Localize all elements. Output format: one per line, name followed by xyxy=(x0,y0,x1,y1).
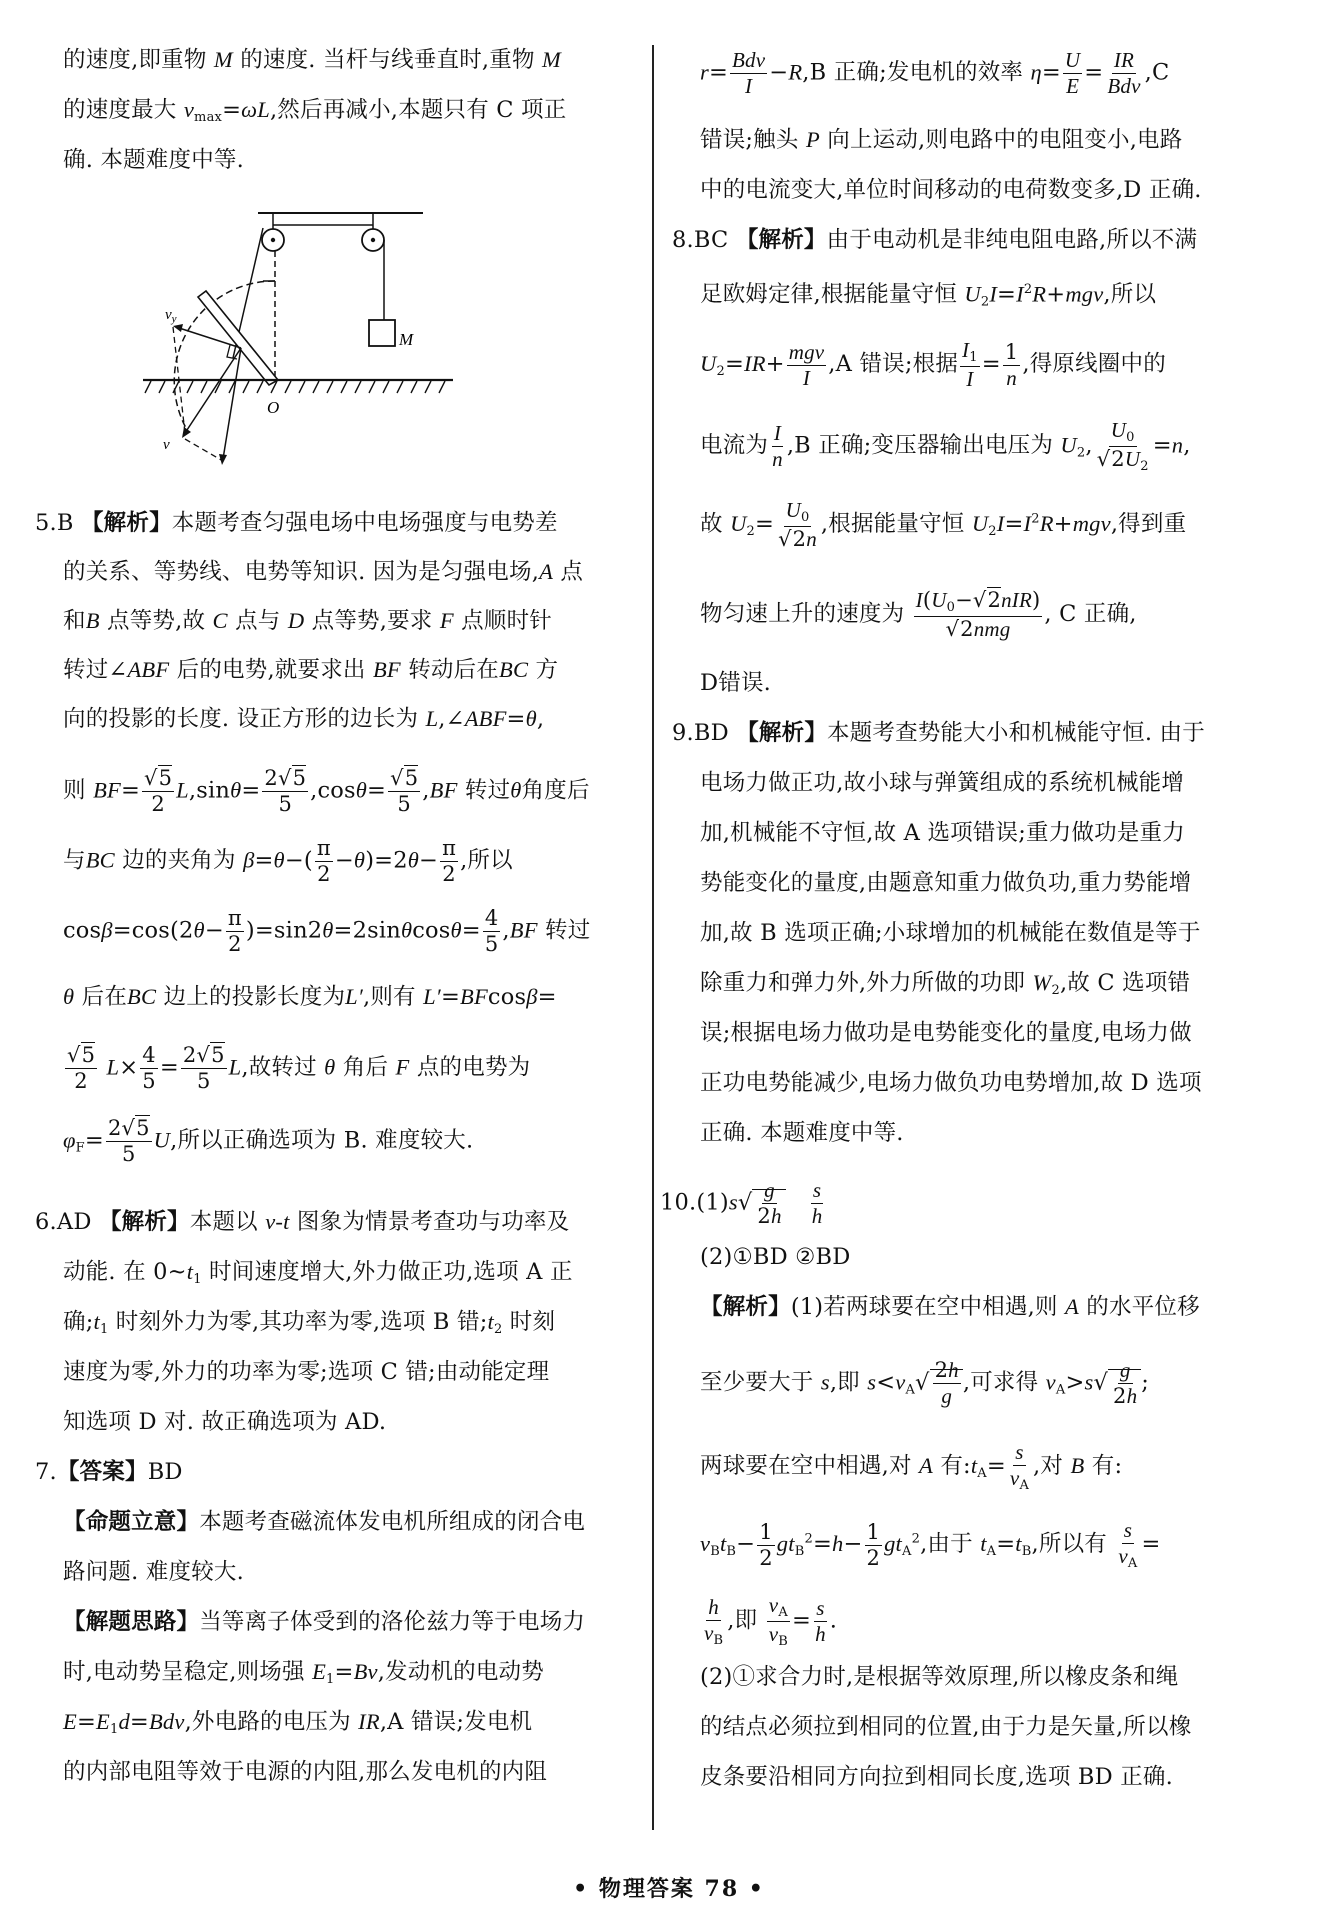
q9-line-6: 除重力和弹力外,外力所做的功即 W2,故 C 选项错 xyxy=(700,968,1190,1006)
svg-text:vy: vy xyxy=(165,307,177,325)
q6-line-4: 速度为零,外力的功率为零;选项 C 错;由动能定理 xyxy=(63,1357,549,1387)
q7-idea-line-2: 时,电动势呈稳定,则场强 E1=Bv,发动机的电动势 xyxy=(63,1657,544,1695)
q10-part1: 10.(1)s√g2h sh xyxy=(660,1180,826,1227)
q10-analysis-line-4: vBtB−12gtB2=h−12gtA2,由于 tA=tB,所以有 svA= xyxy=(700,1520,1161,1570)
q6-line-2: 动能. 在 0~t1 时间速度增大,外力做正功,选项 A 正 xyxy=(63,1257,573,1295)
q5-line-4: 转过∠ABF 后的电势,就要求出 BF 转动后在BC 方 xyxy=(63,655,558,685)
q6-line-3: 确;t1 时刻外力为零,其功率为零,选项 B 错;t2 时刻 xyxy=(63,1307,555,1345)
svg-text:M: M xyxy=(398,330,414,349)
rod-pulley-diagram: M O vy v vx xyxy=(143,195,503,470)
q5-line-7: 与BC 边的夹角为 β=θ−(π2−θ)=2θ−π2,所以 xyxy=(63,838,513,885)
q10-analysis-line-5: hvB,即 vAvB=sh. xyxy=(700,1595,837,1648)
q9-line-1: 9.BD 【解析】本题考查势能大小和机械能守恒. 由于 xyxy=(672,718,1205,748)
q4-tail-line-2: 的速度最大 vmax=ωL,然后再减小,本题只有 C 项正 xyxy=(63,95,566,133)
q10-analysis-line-7: 的结点必须拉到相同的位置,由于力是矢量,所以橡 xyxy=(700,1712,1191,1742)
q8-line-1: 8.BC 【解析】由于电动机是非纯电阻电路,所以不满 xyxy=(672,225,1197,255)
q8-line-3: U2=IR+mgvI,A 错误;根据I1I=1n,得原线圈中的 xyxy=(700,340,1166,390)
q7-intent-line-1: 【命题立意】本题考查磁流体发电机所组成的闭合电 xyxy=(63,1507,585,1537)
q5-line-5: 向的投影的长度. 设正方形的边长为 L,∠ABF=θ, xyxy=(63,704,544,734)
q5-line-11: φF=2√55U,所以正确选项为 B. 难度较大. xyxy=(63,1118,473,1165)
q7-intent-line-2: 路问题. 难度较大. xyxy=(63,1557,244,1587)
q7-tail-line-3: 中的电流变大,单位时间移动的电荷数变多,D 正确. xyxy=(700,175,1202,205)
q5-line-8: cosβ=cos(2θ−π2)=sin2θ=2sinθcosθ=45,BF 转过 xyxy=(63,908,590,955)
q4-tail-line-3: 确. 本题难度中等. xyxy=(63,145,244,175)
q8-line-5: 故 U2=U0√2n,根据能量守恒 U2I=I2R+mgv,得到重 xyxy=(700,500,1186,550)
q5-line-9: θ 后在BC 边上的投影长度为L′,则有 L′=BFcosβ= xyxy=(63,982,557,1012)
q7-tail-line-2: 错误;触头 P 向上运动,则电路中的电阻变小,电路 xyxy=(700,125,1182,155)
q10-analysis-line-3: 两球要在空中相遇,对 A 有:tA=svA,对 B 有: xyxy=(700,1442,1122,1492)
svg-text:v: v xyxy=(163,437,170,453)
q7-idea-line-4: 的内部电阻等效于电源的内阻,那么发电机的内阻 xyxy=(63,1757,547,1787)
q10-analysis-line-1: 【解析】(1)若两球要在空中相遇,则 A 的水平位移 xyxy=(700,1292,1200,1322)
q9-line-7: 误;根据电场力做功是电势能变化的量度,电场力做 xyxy=(700,1018,1192,1048)
q8-line-4: 电流为In,B 正确;变压器输出电压为 U2,U0√2U2=n, xyxy=(700,420,1191,473)
q5-line-2: 的关系、等势线、电势等知识. 因为是匀强电场,A 点 xyxy=(63,557,583,587)
q5-line-3: 和B 点等势,故 C 点与 D 点等势,要求 F 点顺时针 xyxy=(63,606,552,636)
q5-line-10: √52 L×45=2√55L,故转过 θ 角后 F 点的电势为 xyxy=(63,1045,530,1092)
q9-line-9: 正确. 本题难度中等. xyxy=(700,1118,904,1148)
q10-analysis-line-6: (2)①求合力时,是根据等效原理,所以橡皮条和绳 xyxy=(700,1662,1178,1692)
q8-line-2: 足欧姆定律,根据能量守恒 U2I=I2R+mgv,所以 xyxy=(700,275,1156,318)
q9-line-8: 正功电势能减少,电场力做负功电势增加,故 D 选项 xyxy=(700,1068,1202,1098)
q8-line-7: D错误. xyxy=(700,668,771,698)
q9-line-5: 加,故 B 选项正确;小球增加的机械能在数值是等于 xyxy=(700,918,1201,948)
q7-idea-line-3: E=E1d=Bdv,外电路的电压为 IR,A 错误;发电机 xyxy=(63,1707,532,1745)
q4-tail-line-1: 的速度,即重物 M 的速度. 当杆与线垂直时,重物 M xyxy=(63,45,561,75)
q9-line-3: 加,机械能不守恒,故 A 选项错误;重力做功是重力 xyxy=(700,818,1185,848)
column-divider xyxy=(652,45,654,1830)
q7-idea-line-1: 【解题思路】当等离子体受到的洛伦兹力等于电场力 xyxy=(63,1607,585,1637)
q5-line-1: 5.B 【解析】本题考查匀强电场中电场强度与电势差 xyxy=(35,508,558,538)
q6-line-1: 6.AD 【解析】本题以 v-t 图象为情景考查功与功率及 xyxy=(35,1207,569,1237)
svg-text:O: O xyxy=(267,398,279,417)
q10-analysis-line-2: 至少要大于 s,即 s<vA√2hg,可求得 vA>s√g2h; xyxy=(700,1360,1149,1407)
q6-line-5: 知选项 D 对. 故正确选项为 AD. xyxy=(63,1407,386,1437)
svg-text:vx: vx xyxy=(221,468,233,470)
q10-analysis-line-8: 皮条要沿相同方向拉到相同长度,选项 BD 正确. xyxy=(700,1762,1173,1792)
q7-answer-line: 7.【答案】BD xyxy=(35,1457,183,1487)
q7-tail-line-1: r=BdvI−R,B 正确;发电机的效率 η=UE=IRBdv,C xyxy=(700,50,1169,97)
q10-part2: (2)①BD ②BD xyxy=(700,1242,851,1272)
page-footer: • 物理答案 78 • xyxy=(0,1872,1338,1903)
q8-line-6: 物匀速上升的速度为 I(U0−√2nIR)√2nmg, C 正确, xyxy=(700,590,1137,640)
q9-line-2: 电场力做正功,故小球与弹簧组成的系统机械能增 xyxy=(700,768,1184,798)
q5-line-6: 则 BF=√52L,sinθ=2√55,cosθ=√55,BF 转过θ角度后 xyxy=(63,768,590,815)
q9-line-4: 势能变化的量度,由题意知重力做负功,重力势能增 xyxy=(700,868,1191,898)
